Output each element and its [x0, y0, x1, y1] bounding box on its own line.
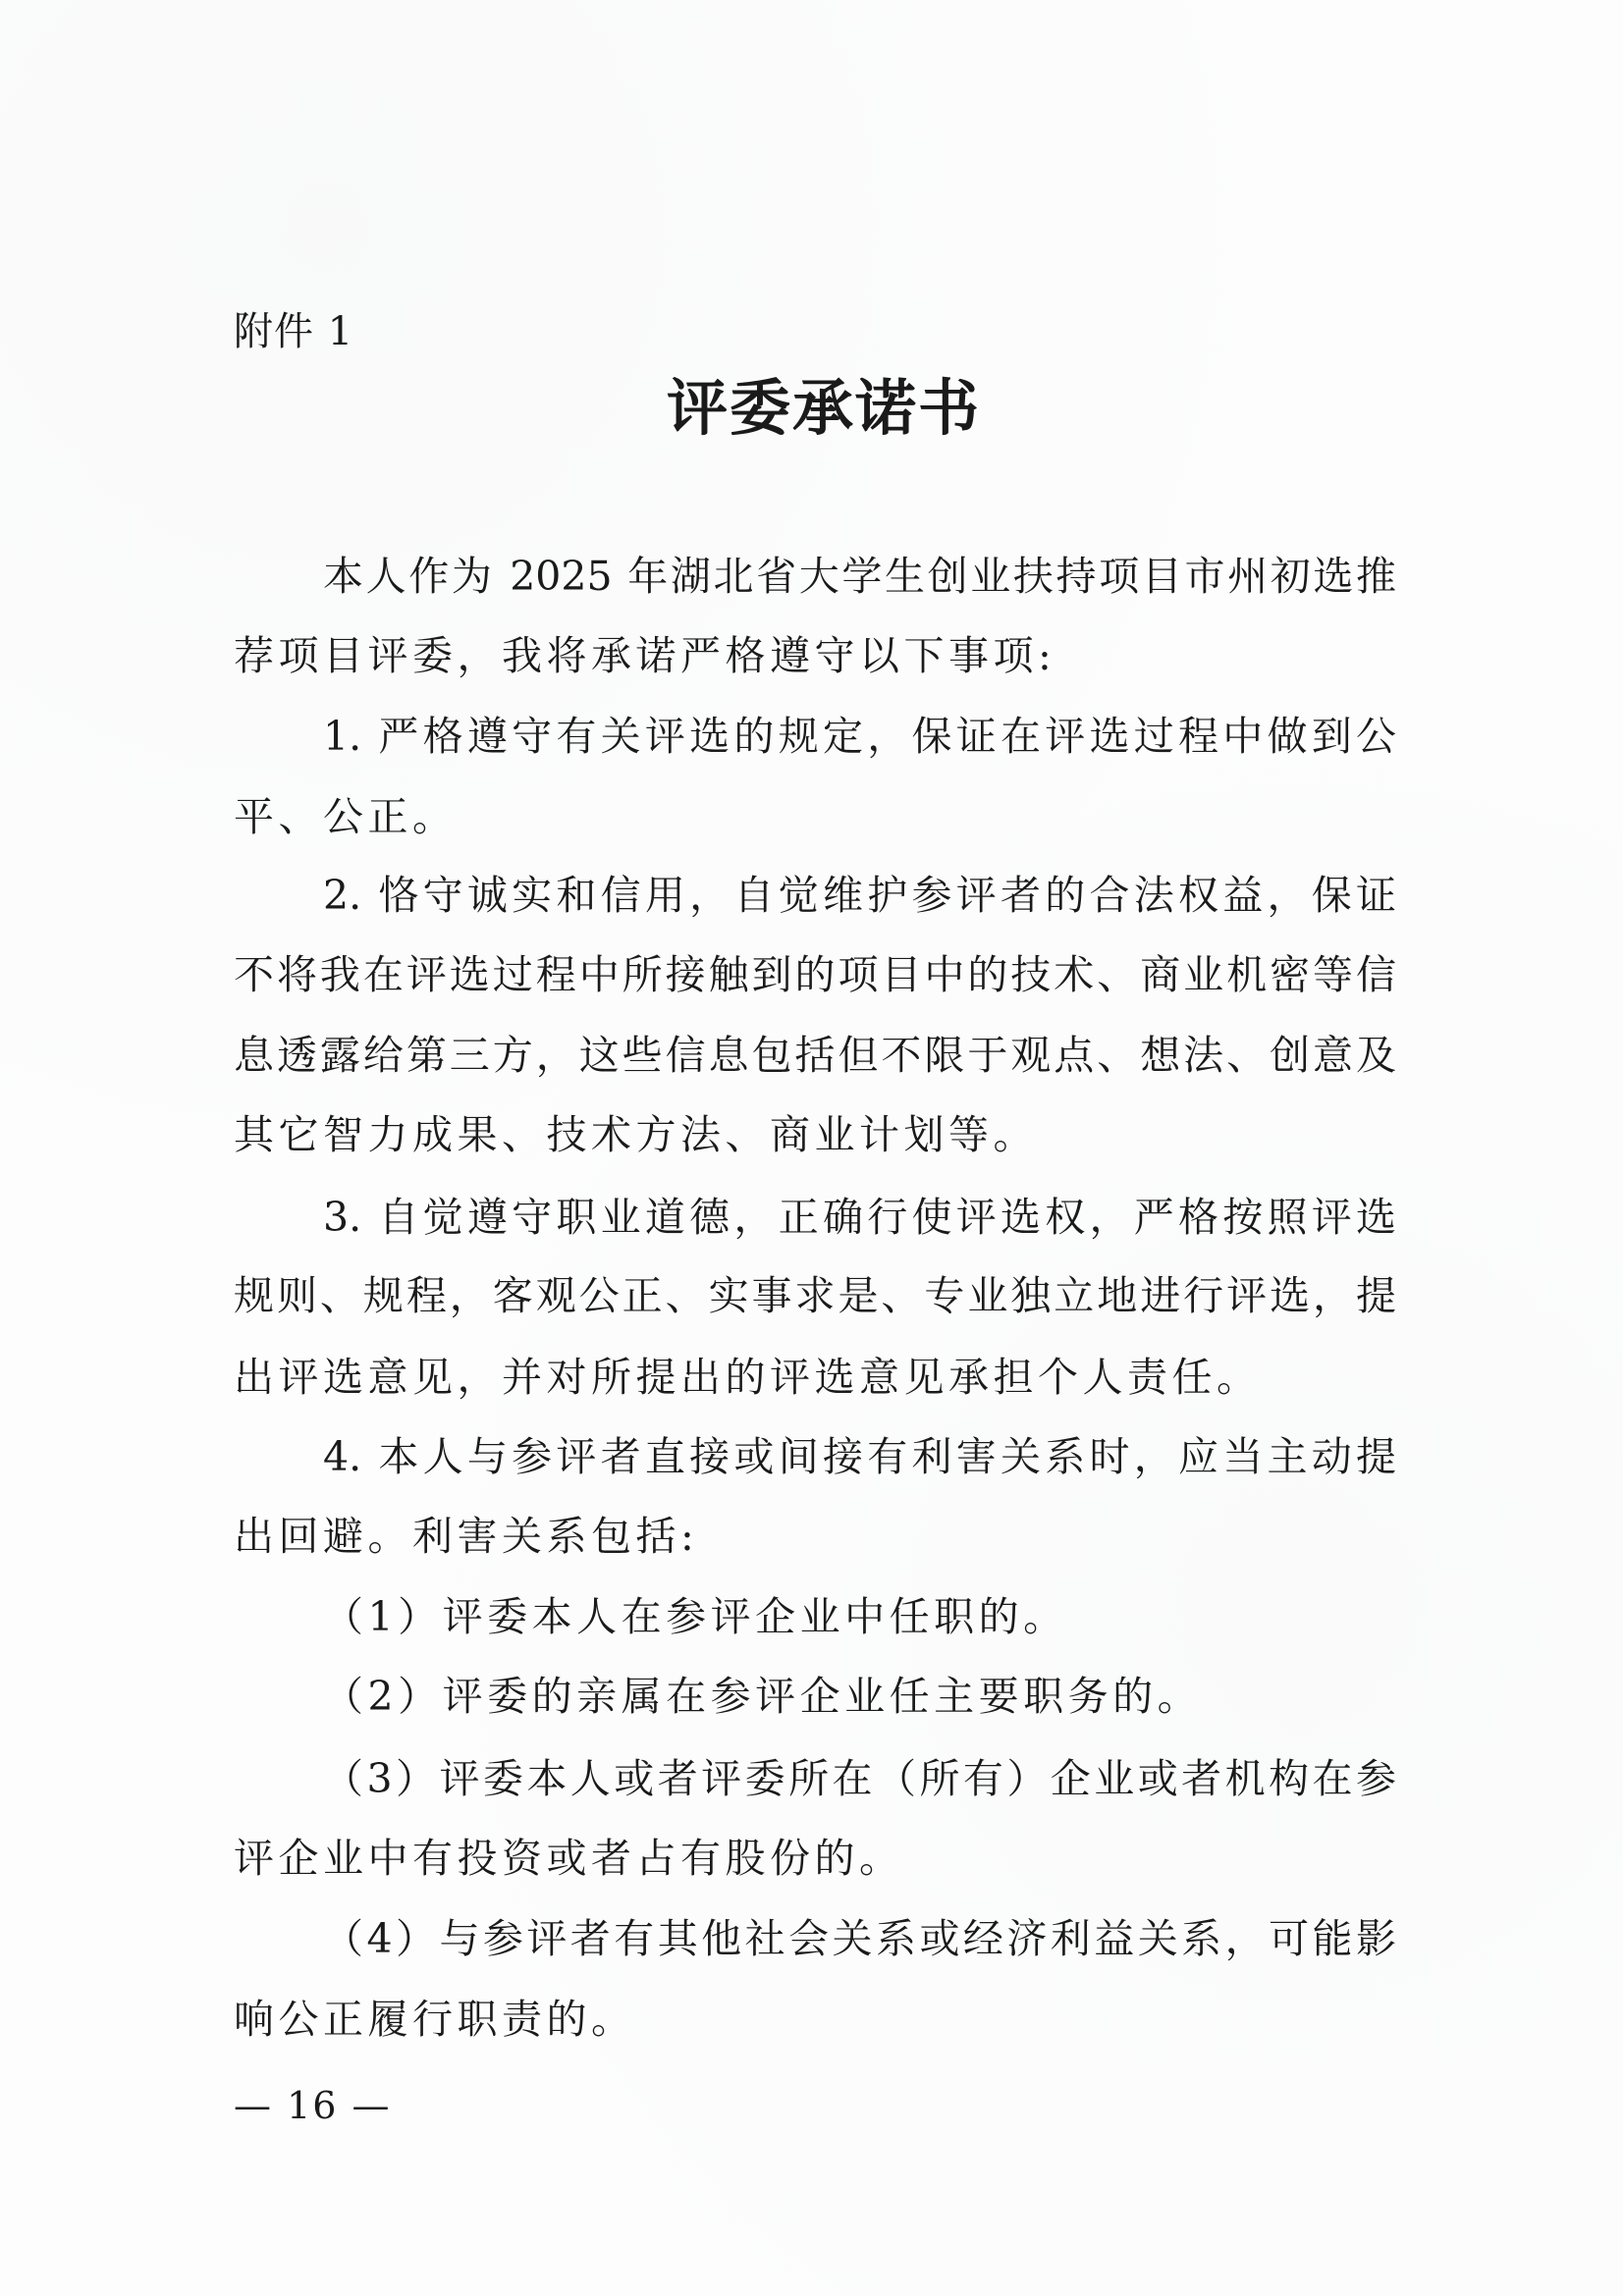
document-page: 附件 1 评委承诺书 本人作为 2025 年湖北省大学生创业扶持项目市州初选推 …	[0, 0, 1623, 2296]
sub-item-3-line-1: （3）评委本人或者评委所在（所有）企业或者机构在参	[323, 1751, 1396, 1806]
page-number: — 16 —	[234, 2081, 392, 2130]
item-2-line-1: 2. 恪守诚实和信用，自觉维护参评者的合法权益，保证	[323, 868, 1396, 923]
item-1-line-2: 平、公正。	[234, 789, 1396, 844]
sub-item-4-line-1: （4）与参评者有其他社会关系或经济利益关系，可能影	[323, 1911, 1396, 1966]
item-4-line-1: 4. 本人与参评者直接或间接有利害关系时，应当主动提	[323, 1429, 1396, 1484]
sub-item-1-line-1: （1）评委本人在参评企业中任职的。	[323, 1589, 1396, 1644]
document-title: 评委承诺书	[0, 373, 1623, 444]
item-2-line-2: 不将我在评选过程中所接触到的项目中的技术、商业机密等信	[234, 947, 1396, 1002]
sub-item-4-line-2: 响公正履行职责的。	[234, 1992, 1396, 2047]
item-2-line-4: 其它智力成果、技术方法、商业计划等。	[234, 1107, 1396, 1162]
intro-line-1: 本人作为 2025 年湖北省大学生创业扶持项目市州初选推	[323, 549, 1396, 604]
item-2-line-3: 息透露给第三方，这些信息包括但不限于观点、想法、创意及	[234, 1028, 1396, 1083]
item-3-line-1: 3. 自觉遵守职业道德，正确行使评选权，严格按照评选	[323, 1190, 1396, 1245]
intro-line-2: 荐项目评委，我将承诺严格遵守以下事项:	[234, 628, 1396, 683]
sub-item-3-line-2: 评企业中有投资或者占有股份的。	[234, 1831, 1396, 1886]
item-3-line-3: 出评选意见，并对所提出的评选意见承担个人责任。	[234, 1350, 1396, 1405]
attachment-label: 附件 1	[234, 306, 353, 357]
item-4-line-2: 出回避。利害关系包括:	[234, 1509, 1396, 1564]
sub-item-2-line-1: （2）评委的亲属在参评企业任主要职务的。	[323, 1669, 1396, 1724]
item-1-line-1: 1. 严格遵守有关评选的规定，保证在评选过程中做到公	[323, 709, 1396, 764]
item-3-line-2: 规则、规程，客观公正、实事求是、专业独立地进行评选，提	[234, 1268, 1396, 1323]
